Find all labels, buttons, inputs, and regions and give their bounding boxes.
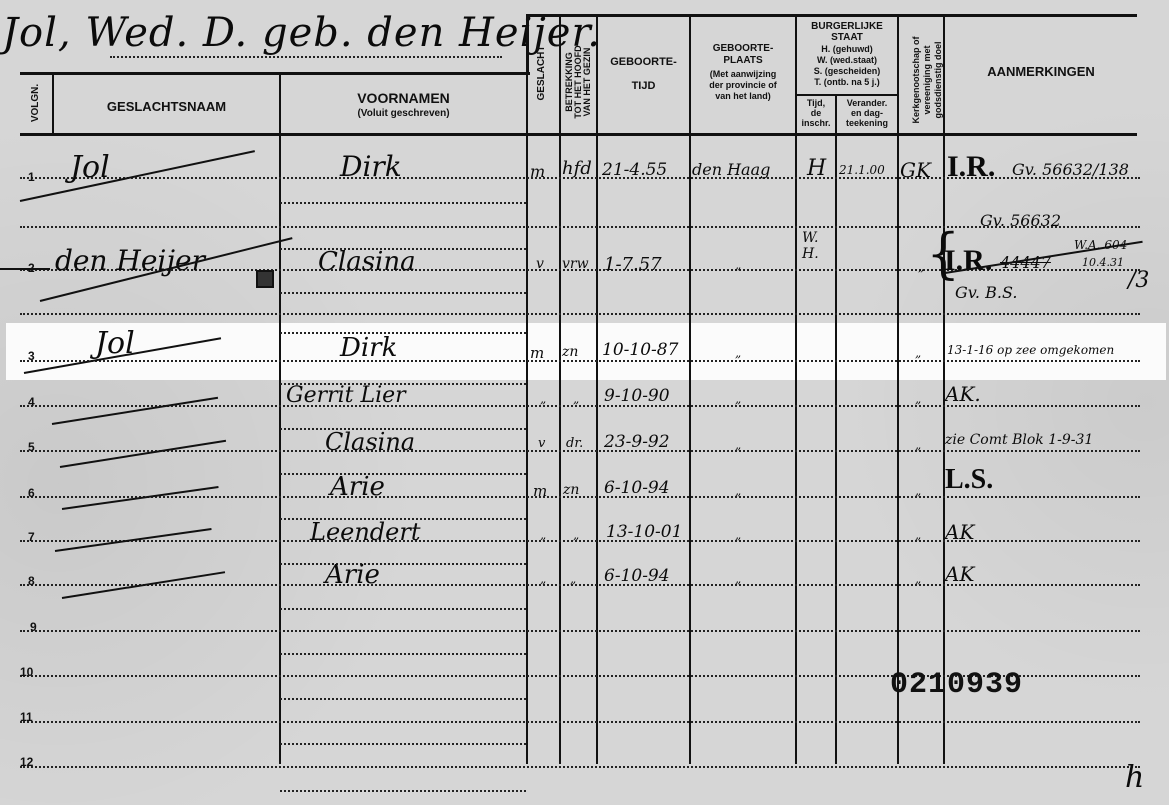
row5-church: „: [915, 438, 921, 452]
row1-relation: hfd: [562, 158, 592, 179]
row6-birthplace: „: [735, 484, 741, 498]
row-line-11a: [280, 698, 526, 700]
header-verander-2: en dag-: [837, 108, 897, 118]
header-top-line: [526, 14, 1137, 17]
row-number-7: 7: [28, 530, 35, 544]
row-line-9: [20, 630, 1140, 632]
row-line-8a: [280, 563, 526, 565]
header-birthdate-1: GEBOORTE-: [598, 56, 689, 68]
row5-birthplace: „: [735, 438, 741, 452]
row-number-6: 6: [28, 486, 35, 500]
row4-remarks: AK.: [945, 382, 981, 406]
header-civil-6: T. (ontb. na 5 j.): [797, 77, 897, 87]
header-verander-1: Verander.: [837, 98, 897, 108]
row6-sex: m: [533, 482, 547, 500]
row2-firstname: Clasina: [318, 247, 416, 277]
row4-birthplace: „: [735, 392, 741, 406]
header-sex: GESLACHT: [537, 33, 547, 113]
row3-firstname: Dirk: [340, 333, 397, 363]
row2-remarks-right2: 10.4.31: [1082, 256, 1124, 269]
row8-birthplace: „: [735, 572, 741, 586]
header-birthplace-3: (Met aanwijzing: [691, 69, 795, 79]
row2-surname: den Heijer: [55, 244, 205, 277]
row8-birthdate: 6-10-94: [604, 566, 670, 586]
row1-sex: m: [530, 162, 545, 181]
marker-box-icon: [256, 270, 274, 288]
col-line-relation: [596, 14, 598, 764]
row-number-11: 11: [20, 710, 33, 724]
header-tijd-3: inschr.: [797, 118, 835, 128]
header-firstnames: VOORNAMEN: [281, 90, 526, 106]
header-civil-2: STAAT: [797, 32, 897, 43]
row3-birthdate: 10-10-87: [602, 340, 678, 360]
row8-firstname: Arie: [325, 560, 380, 590]
row2-church: „: [918, 260, 924, 274]
row1-firstname: Dirk: [340, 150, 402, 183]
row-line-12: [20, 766, 1140, 768]
header-firstnames-sub: (Voluit geschreven): [281, 108, 526, 119]
row-line-3: [20, 360, 1140, 362]
row2-civil-status: W. H.: [802, 230, 830, 262]
header-church-2: vereeniging met: [922, 21, 933, 139]
header-volgnr: VOLGN.: [31, 73, 41, 133]
header-birthplace-2: PLAATS: [691, 55, 795, 66]
row1-birthplace: den Haag: [692, 160, 770, 179]
header-surname: GESLACHTSNAAM: [54, 99, 279, 114]
row7-birthdate: 13-10-01: [606, 522, 682, 542]
row-number-5: 5: [28, 440, 35, 454]
row-number-3: 3: [28, 349, 35, 363]
title-dotted-line: [110, 56, 502, 58]
row1-status-date: 21.1.00: [839, 163, 885, 177]
col-line-sex: [559, 14, 561, 764]
row5-birthdate: 23-9-92: [604, 432, 670, 452]
header-civil-5: S. (gescheiden): [797, 66, 897, 76]
row2-strike-num: [0, 268, 50, 270]
header-tijd-1: Tijd,: [797, 98, 835, 108]
row1-birthdate: 21-4.55: [602, 160, 667, 180]
header-civil-3: H. (gehuwd): [797, 44, 897, 54]
row2-relation: vrw: [562, 256, 589, 272]
title-frame-step: [526, 14, 529, 74]
header-civil-4: W. (wed.staat): [797, 55, 897, 65]
header-civil-1: BURGERLIJKE: [797, 21, 897, 32]
row6-remarks-stamp: L.S.: [945, 464, 993, 496]
row2-remarks-top: Gv. 56632: [980, 211, 1061, 230]
row5-relation: dr.: [566, 436, 583, 451]
header-birthplace-4: der provincie of: [691, 80, 795, 90]
header-church: Kerkgenootschap of vereeniging met godsd…: [911, 21, 947, 139]
row7-firstname: Leendert: [310, 518, 420, 546]
row2-sex: v: [536, 256, 544, 272]
title-underline: [20, 72, 530, 75]
row-number-1: 1: [28, 170, 35, 184]
row7-relation: „: [573, 528, 579, 542]
family-register-card: Jol, Wed. D. geb. den Heijer. VOLGN. GES…: [0, 0, 1169, 805]
row5-firstname: Clasina: [325, 428, 415, 456]
row-line-2c: [20, 313, 1140, 315]
header-birthdate-2: TIJD: [598, 80, 689, 92]
col-line-tijd: [835, 94, 837, 764]
row7-remarks: AK: [945, 520, 974, 544]
row6-birthdate: 6-10-94: [604, 478, 670, 498]
row4-strike: [52, 397, 218, 425]
row-line-9a: [280, 608, 526, 610]
row1-surname: Jol: [70, 150, 110, 185]
row8-remarks: AK: [945, 562, 974, 586]
row3-remarks: 13-1-16 op zee omgekomen: [947, 343, 1114, 357]
row8-relation: „: [570, 572, 576, 586]
row5-strike: [60, 440, 226, 468]
row-line-3a: [280, 332, 526, 334]
header-birthplace-5: van het land): [691, 91, 795, 101]
corner-mark: h: [1125, 760, 1144, 795]
row7-church: „: [915, 528, 921, 542]
header-church-3: godsdienstig doel: [933, 21, 944, 139]
row8-sex: „: [540, 572, 546, 586]
row5-sex: v: [538, 436, 545, 451]
row-line-12a: [280, 743, 526, 745]
row1-civil-status: H: [807, 156, 826, 181]
row6-firstname: Arie: [330, 472, 385, 502]
row-number-10: 10: [20, 665, 33, 679]
row7-sex: „: [540, 528, 546, 542]
row4-church: „: [915, 392, 921, 406]
row1-church: GK: [900, 158, 931, 182]
row-line-1c: [20, 226, 1140, 228]
row-number-8: 8: [28, 574, 35, 588]
row3-sex: m: [530, 344, 544, 362]
card-title: Jol, Wed. D. geb. den Heijer.: [2, 10, 601, 56]
row4-firstname: Gerrit Lier: [286, 383, 406, 408]
header-verander-3: teekening: [837, 118, 897, 128]
row-line-6a: [280, 473, 526, 475]
row3-church: „: [915, 346, 921, 360]
row4-sex: „: [540, 392, 546, 406]
row2-birthdate: 1-7.57: [604, 254, 662, 275]
row2-remarks-bottom: Gv. B.S.: [955, 283, 1017, 302]
row1-remarks-stamp: I.R.: [947, 150, 995, 184]
row4-birthdate: 9-10-90: [604, 386, 670, 406]
row4-relation: „: [573, 392, 579, 406]
header-remarks: AANMERKINGEN: [945, 64, 1137, 79]
row-number-9: 9: [30, 620, 37, 634]
row1-remarks: Gv. 56632/138: [1012, 160, 1129, 179]
row-line-1b: [280, 202, 526, 204]
row2-remarks-fraction: /3: [1128, 268, 1149, 293]
status-subdivider: [797, 94, 897, 96]
row-number-12: 12: [20, 755, 33, 769]
header-tijd-2: de: [797, 108, 835, 118]
row-line-2b: [280, 292, 526, 294]
row2-birthplace: „: [735, 258, 741, 272]
row3-relation: zn: [562, 344, 578, 360]
row2-remarks-right: W.A. 604: [1074, 238, 1127, 252]
col-line-birthdate: [689, 14, 691, 764]
col-line-status: [897, 14, 899, 764]
row6-church: „: [915, 484, 921, 498]
header-relation-3: VAN HET GEZIN: [583, 42, 592, 122]
row-line-10a: [280, 653, 526, 655]
row-line-11: [20, 721, 1140, 723]
header-birthplace-1: GEBOORTE-: [691, 43, 795, 54]
row6-strike: [62, 486, 219, 510]
row5-remarks: zie Comt Blok 1-9-31: [945, 432, 1093, 448]
row6-relation: zn: [563, 482, 579, 498]
row3-birthplace: „: [735, 346, 741, 360]
row-line-end: [280, 790, 526, 792]
archive-number-stamp: 0210939: [890, 668, 1023, 702]
header-relation: BETREKKING TOT HET HOOFD VAN HET GEZIN: [565, 42, 589, 122]
header-bottom-line: [20, 133, 1137, 136]
row8-church: „: [915, 572, 921, 586]
row-number-4: 4: [28, 395, 35, 409]
header-church-1: Kerkgenootschap of: [911, 21, 922, 139]
row7-birthplace: „: [735, 528, 741, 542]
row-line-6: [20, 496, 1140, 498]
